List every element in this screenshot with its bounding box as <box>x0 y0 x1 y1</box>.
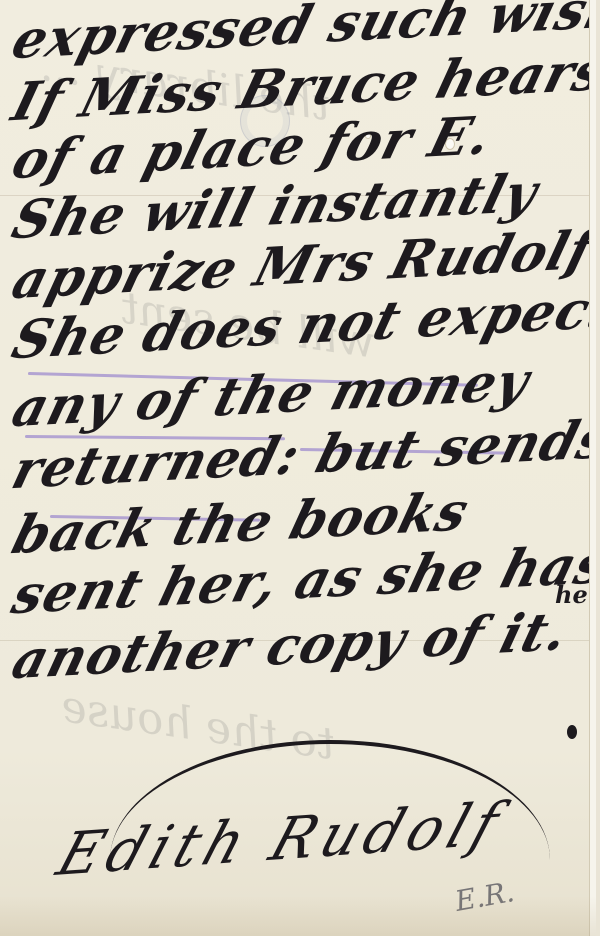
letter-page: the library ... will be sent to the hous… <box>0 0 596 936</box>
pencil-annotation: E.R. <box>453 875 517 918</box>
paper-edge <box>589 0 596 936</box>
closing-period <box>567 725 577 739</box>
interlinear-insert: he <box>555 580 588 609</box>
